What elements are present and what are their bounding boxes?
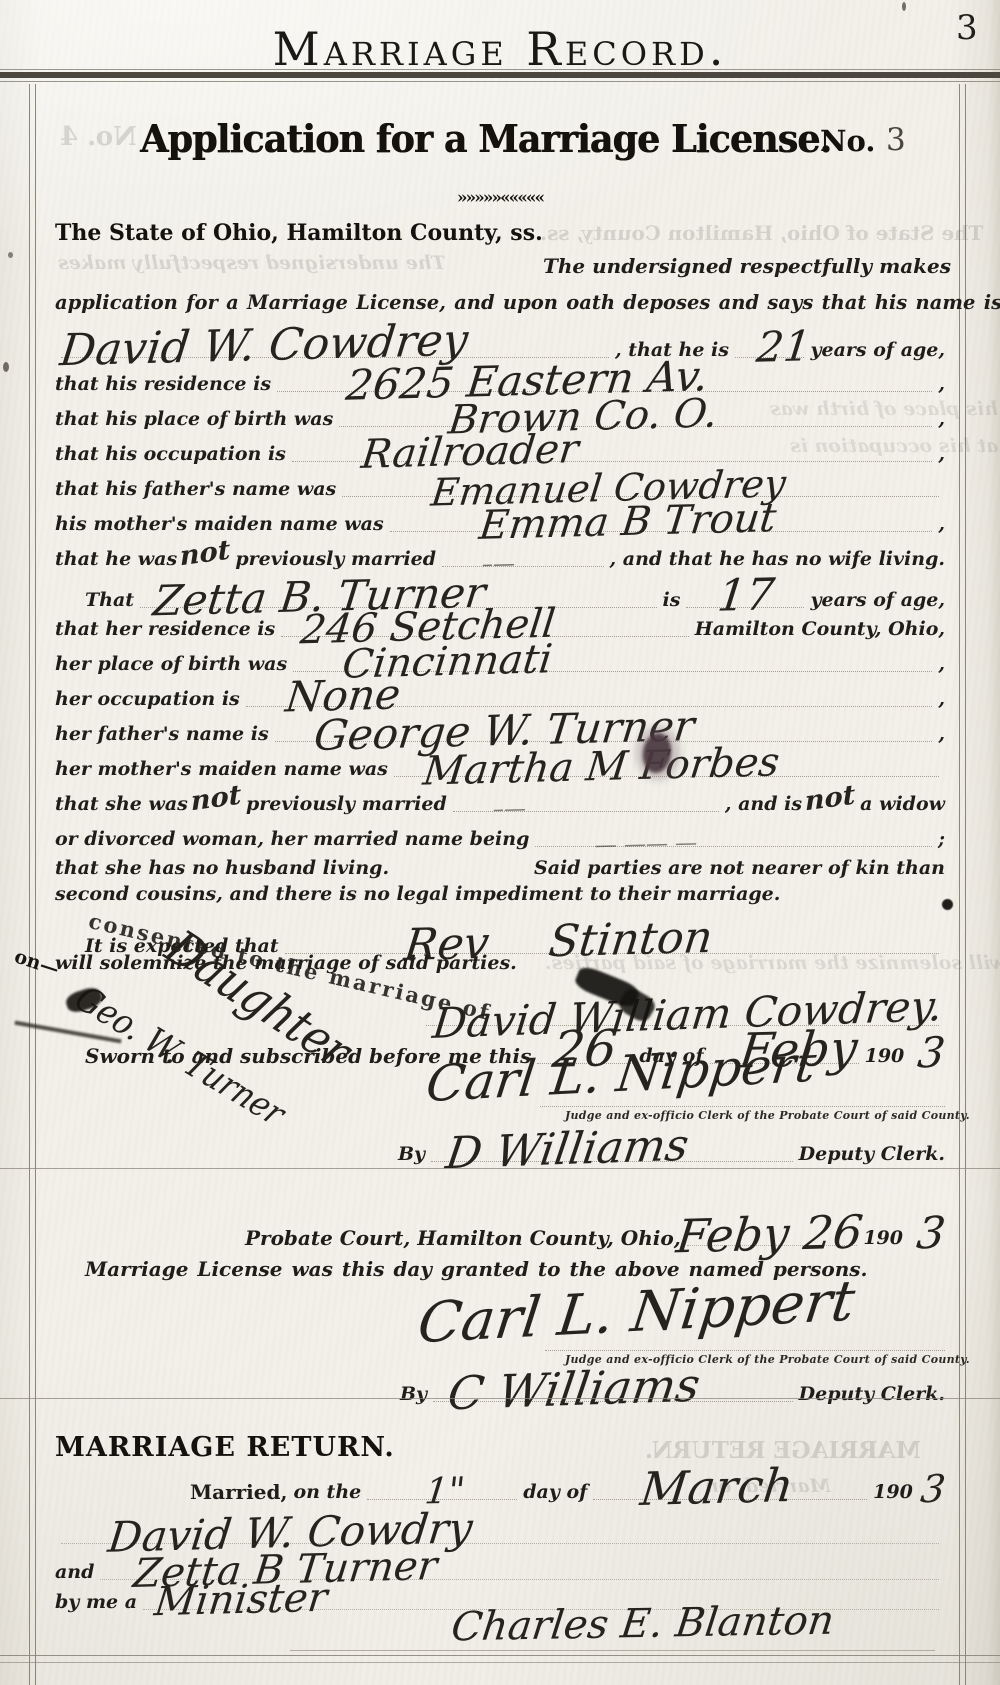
- edge-speck: [3, 362, 9, 372]
- married-date-line: Married, on the 1" day of March 190 3: [190, 1462, 945, 1504]
- signature-rule: [290, 1650, 935, 1651]
- edge-speck: [8, 252, 13, 258]
- groom-not-handwriting: not: [180, 538, 231, 569]
- solemnize-line: will solemnize the marriage of said part…: [55, 953, 517, 975]
- year-prefix: 190: [865, 1046, 905, 1068]
- groom-mother-line: his mother's maiden name was Emma B Trou…: [55, 496, 945, 536]
- deputy-clerk-label: Deputy Clerk.: [799, 1384, 945, 1406]
- judge-title-small-print: Judge and ex-officio Clerk of the Probat…: [565, 1109, 970, 1122]
- deputy-line-1: By D Williams Deputy Clerk.: [398, 1122, 945, 1166]
- marriage-return-heading: MARRIAGE RETURN.: [55, 1432, 395, 1463]
- section-divider: [0, 1398, 1000, 1399]
- page-title: Marriage Record.: [0, 22, 1000, 76]
- page-number: 3: [956, 8, 978, 48]
- officiant-role-handwriting: Minister: [153, 1580, 329, 1620]
- bride-occupation-line: her occupation is None ,: [55, 671, 945, 711]
- groom-birthplace-line: that his place of birth was Brown Co. O.…: [55, 391, 945, 431]
- groom-father-line: that his father's name was Emanuel Cowdr…: [55, 461, 945, 501]
- grant-date-handwriting: Feby 26: [674, 1211, 865, 1257]
- marriage-record-page: Marriage Record. 3 No. 4 The State of Oh…: [0, 0, 1000, 1685]
- form-no-label: No.: [820, 124, 875, 158]
- judge-signature-handwriting: Carl L. Nippert: [424, 1042, 819, 1107]
- by-label: By: [398, 1144, 425, 1166]
- edge-speck: [902, 2, 906, 11]
- grant-year-digit-handwriting: 3: [915, 1214, 948, 1254]
- no-husband-kin-line: that she has no husband living. Said par…: [55, 846, 945, 880]
- undersigned-line: The undersigned respectfully makes: [543, 255, 951, 278]
- deputy-clerk-label: Deputy Clerk.: [799, 1144, 945, 1166]
- left-border: [29, 84, 36, 1685]
- bleedthrough-state-line: The State of Ohio, Hamilton County, ss.: [540, 221, 983, 245]
- form-no-value: 3: [886, 122, 906, 158]
- bride-residence-line: that her residence is 246 Setchell Hamil…: [55, 601, 945, 641]
- top-rule: [0, 69, 1000, 82]
- year-prefix: 190: [863, 1228, 903, 1250]
- signature-rule: [545, 1350, 945, 1351]
- bleedthrough-no4: No. 4: [60, 122, 137, 152]
- return-groom-line: David W. Cowdry: [55, 1500, 945, 1548]
- groom-previous-marriage-line: that he was not previously married –— , …: [55, 531, 945, 571]
- probate-court-line: Probate Court, Hamilton County, Ohio, Fe…: [245, 1196, 945, 1250]
- sworn-year-digit-handwriting: 3: [916, 1034, 947, 1072]
- deputy-line-2: By C Williams Deputy Clerk.: [400, 1360, 945, 1406]
- ink-dot: [942, 899, 953, 910]
- bride-not-handwriting: not: [190, 783, 241, 814]
- married-name-line: or divorced woman, her married name bein…: [55, 811, 945, 851]
- deputy-signature-handwriting: D Williams: [444, 1126, 691, 1174]
- bride-mother-line: her mother's maiden name was Martha M Fo…: [55, 741, 945, 781]
- application-line: application for a Marriage License, and …: [55, 292, 1000, 314]
- bottom-rule: [0, 1662, 1000, 1663]
- form-title: Application for a Marriage License.: [140, 116, 831, 161]
- bleedthrough-undersigned: The undersigned respectfully makes: [58, 253, 446, 275]
- deputy-signature-handwriting: C Williams: [445, 1364, 702, 1414]
- by-label: By: [400, 1384, 427, 1406]
- groom-occupation-line: that his occupation is Railroader ,: [55, 426, 945, 466]
- by-me-label: by me a: [55, 1592, 137, 1614]
- right-border: [959, 84, 966, 1685]
- bride-birthplace-line: her place of birth was Cincinnati ,: [55, 636, 945, 676]
- bride-father-line: her father's name is George W. Turner ,: [55, 706, 945, 746]
- kin-line-2: second cousins, and there is no legal im…: [55, 884, 780, 906]
- officiant-signature-handwriting: Charles E. Blanton: [449, 1603, 836, 1646]
- bottom-rule: [0, 1655, 1000, 1656]
- widow-not-handwriting: not: [804, 783, 855, 814]
- ink-blot-halo: [636, 726, 680, 780]
- kin-line-1: Said parties are not nearer of kin than: [534, 858, 945, 880]
- groom-residence-line: that his residence is 2625 Eastern Av. ,: [55, 356, 945, 396]
- state-county-line: The State of Ohio, Hamilton County, ss.: [55, 220, 543, 246]
- judge-signature-handwriting: Carl L. Nippert: [415, 1277, 857, 1350]
- probate-court-label: Probate Court, Hamilton County, Ohio,: [245, 1227, 681, 1250]
- signature-rule: [540, 1106, 945, 1107]
- section-divider: [0, 1168, 1000, 1169]
- no-husband-label: that she has no husband living.: [55, 858, 389, 880]
- ornament: »»»»»«««««: [435, 188, 565, 208]
- bride-previous-marriage-line: that she was not previously married –— ,…: [55, 776, 945, 816]
